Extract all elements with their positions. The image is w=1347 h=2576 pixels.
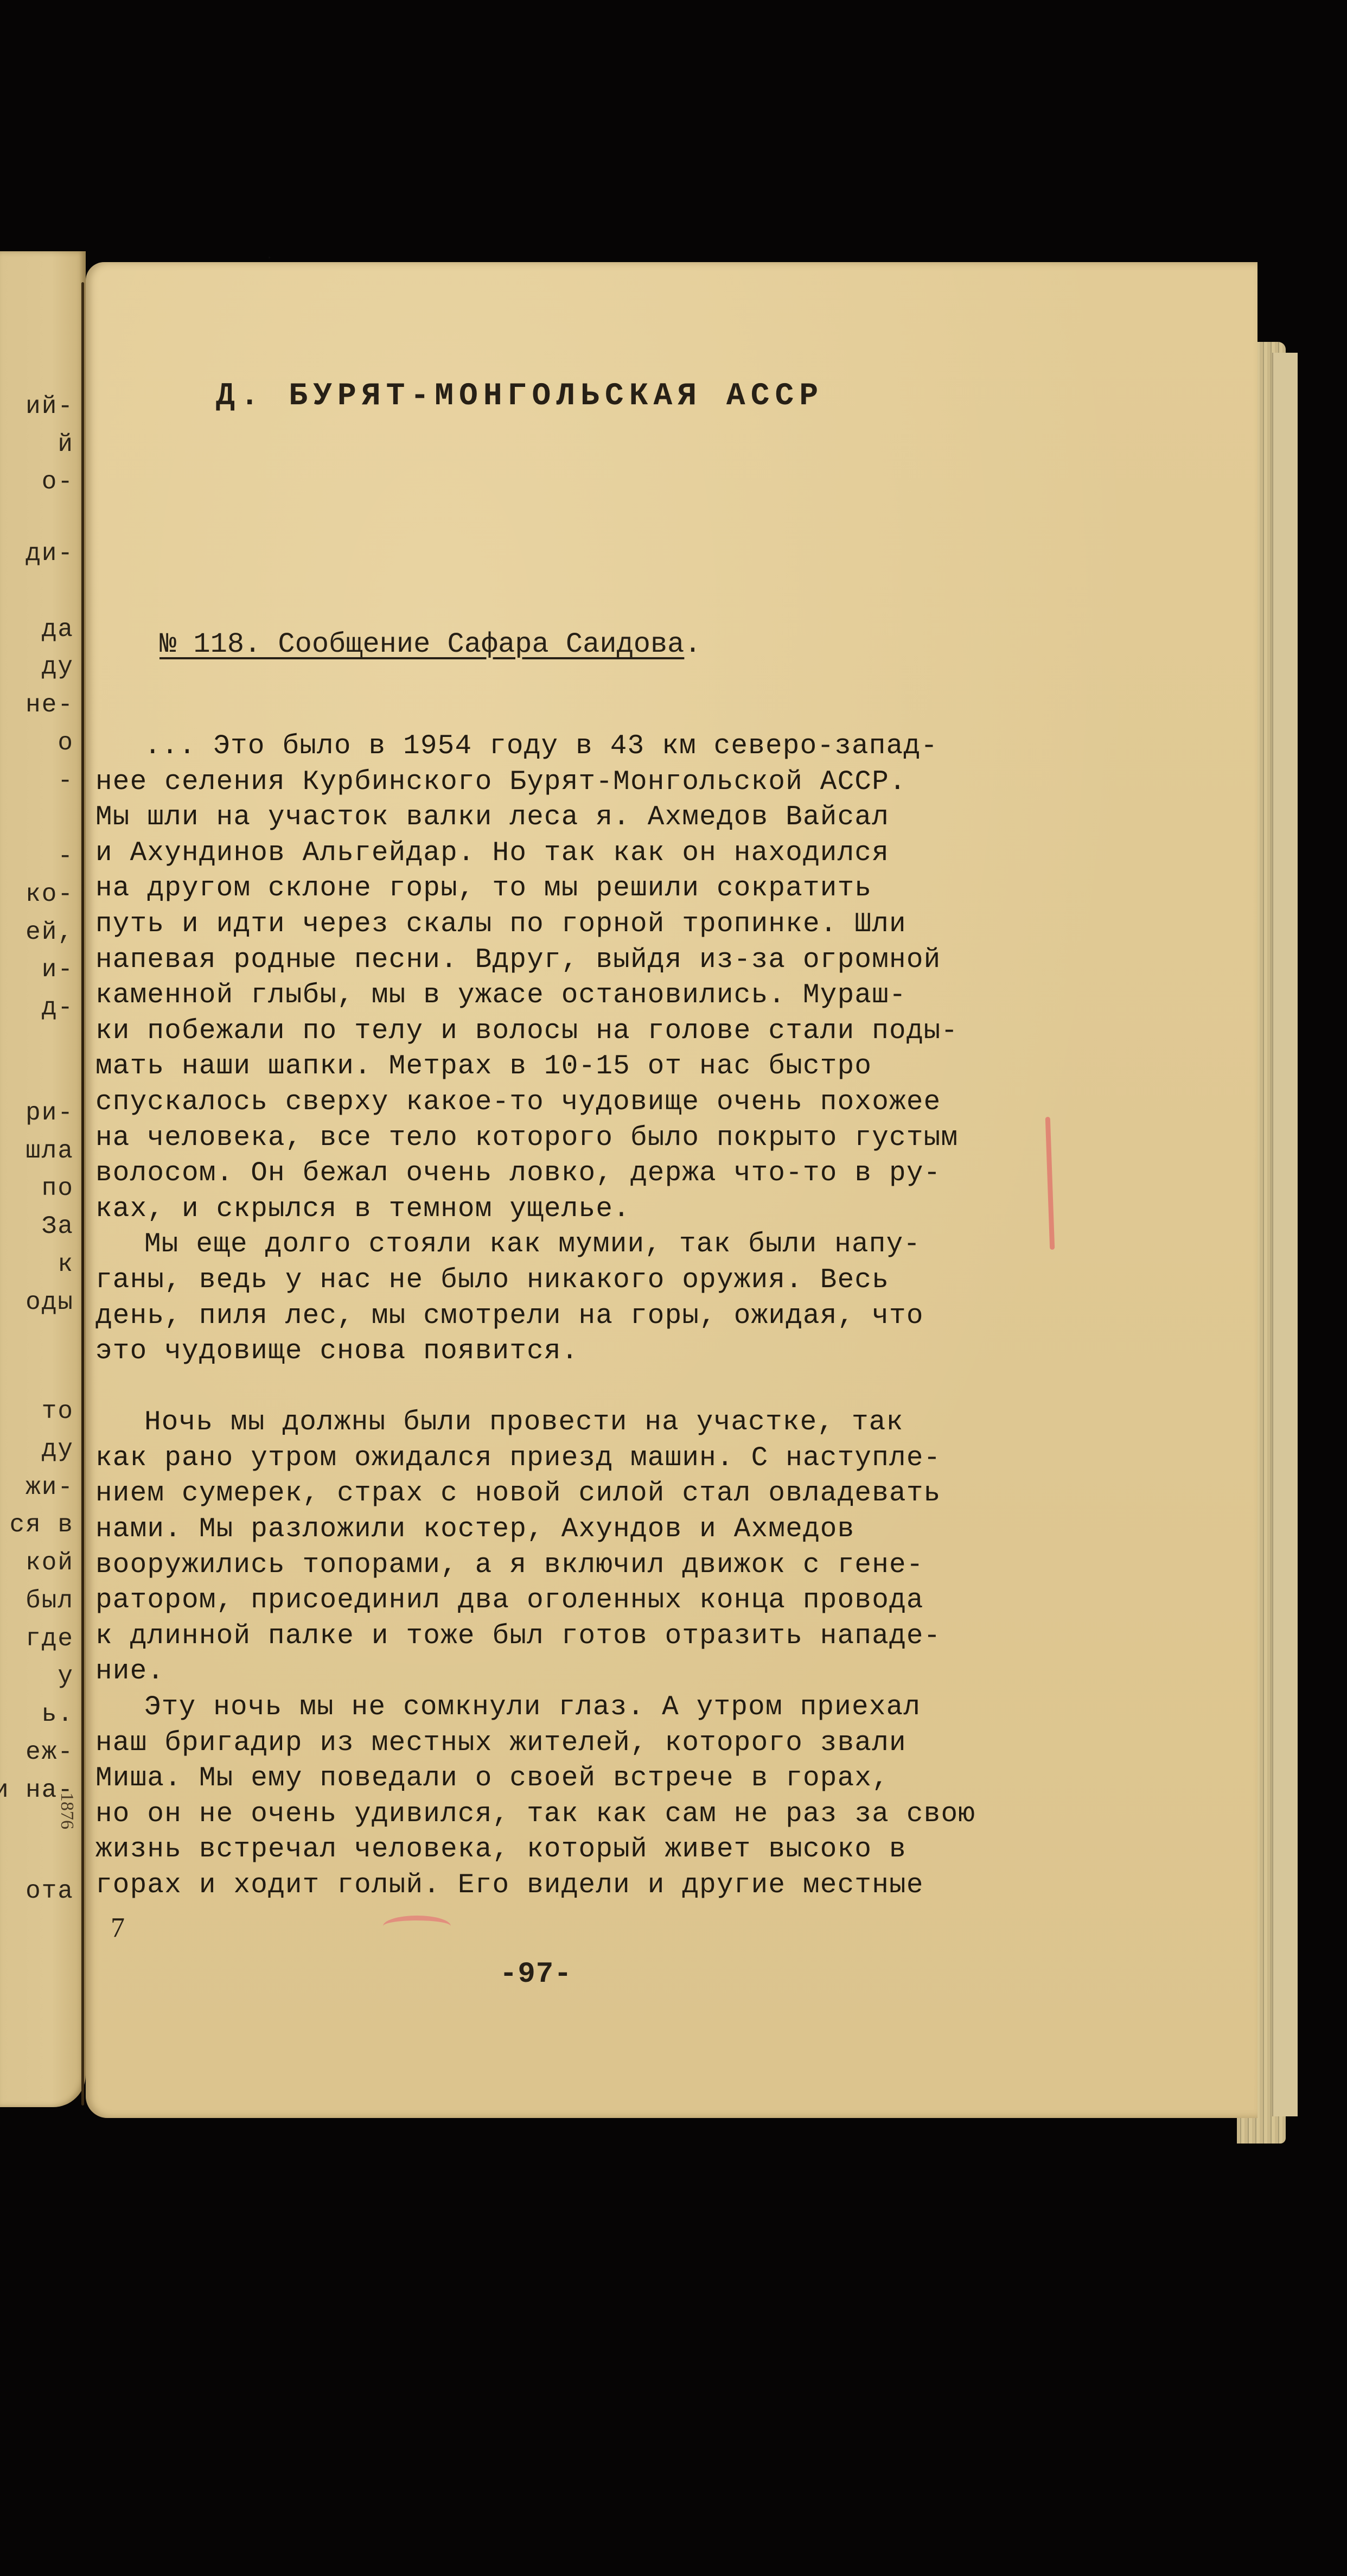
document-body: ... Это было в 1954 году в 43 км северо-… [95,729,1029,1904]
text-line: нее селения Курбинского Бурят-Монгольско… [95,765,1029,800]
left-page-text-fragment: кой [25,1549,74,1577]
left-page-text-fragment: ди- [25,539,74,568]
left-page-text-fragment: ду [42,1435,74,1464]
text-line: Миша. Мы ему поведали о своей встрече в … [95,1761,1029,1797]
paragraph: Ночь мы должны были провести на участке,… [95,1405,1029,1690]
left-page-text-fragment: ду [42,653,74,681]
text-line: путь и идти через скалы по горной тропин… [95,907,1029,943]
text-line: наш бригадир из местных жителей, которог… [95,1726,1029,1761]
right-page: Д. БУРЯТ-МОНГОЛЬСКАЯ АССР № 118. Сообщен… [86,262,1257,2118]
text-line: ратором, присоединил два оголенных конца… [95,1583,1029,1619]
text-line: Мы шли на участок валки леса я. Ахмедов … [95,800,1029,836]
left-page-text-fragment: у [58,1662,74,1690]
text-line: волосом. Он бежал очень ловко, держа что… [95,1156,1029,1192]
left-page-text-fragment: шла [25,1137,74,1165]
left-page-text-fragment: о [58,729,74,757]
document-title-text: № 118. Сообщение Сафара Саидова [159,628,684,660]
left-page-text-fragment: еж- [25,1738,74,1766]
text-line: ганы, ведь у нас не было никакого оружия… [95,1263,1029,1299]
paragraph-spacer [95,1370,1029,1405]
text-line: Эту ночь мы не сомкнули глаз. А утром пр… [95,1690,1029,1726]
text-line: но он не очень удивился, так как сам не … [95,1797,1029,1833]
text-line: каменной глыбы, мы в ужасе остановились.… [95,978,1029,1014]
text-line: мать наши шапки. Метрах в 10-15 от нас б… [95,1049,1029,1085]
left-page-text-fragment: о- [42,468,74,496]
left-page-text-fragment: к [58,1250,74,1279]
text-line: как рано утром ожидался приезд машин. С … [95,1441,1029,1477]
paragraph: ... Это было в 1954 году в 43 км северо-… [95,729,1029,1227]
back-page-edge [1272,353,1298,2116]
text-line: ... Это было в 1954 году в 43 км северо-… [95,729,1029,765]
text-line: напевая родные песни. Вдруг, выйдя из-за… [95,943,1029,978]
text-line: на другом склоне горы, то мы решили сокр… [95,871,1029,907]
signature-mark: 7 [111,1912,125,1944]
left-page-text-fragment: ко- [25,880,74,908]
left-page-text-fragment: где [25,1625,74,1653]
left-page-text-fragment: и- [42,956,74,984]
left-page-text-fragment: по [42,1174,74,1203]
text-line: день, пиля лес, мы смотрели на горы, ожи… [95,1299,1029,1334]
text-line: спускалось сверху какое-то чудовище очен… [95,1085,1029,1121]
text-line: нами. Мы разложили костер, Ахундов и Ахм… [95,1512,1029,1548]
red-pencil-arc-mark [383,1916,451,1937]
left-page-text-fragment: За [42,1212,74,1241]
paragraph: Эту ночь мы не сомкнули глаз. А утром пр… [95,1690,1029,1904]
section-heading: Д. БУРЯТ-МОНГОЛЬСКАЯ АССР [216,379,823,414]
left-page-text-fragment: ь. [42,1700,74,1728]
left-page-text-fragment: ота [25,1877,74,1905]
left-page-text-fragment: ся в [10,1511,74,1539]
text-line: ках, и скрылся в темном ущелье. [95,1192,1029,1227]
text-line: на человека, все тело которого было покр… [95,1121,1029,1156]
paragraph: Мы еще долго стояли как мумии, так были … [95,1227,1029,1369]
text-line: это чудовище снова появится. [95,1334,1029,1370]
left-page-text-fragment: да [42,615,74,644]
left-page-text-fragment: ий- [25,392,74,421]
text-line: Ночь мы должны были провести на участке,… [95,1405,1029,1441]
left-page-text-fragment: оды [25,1288,74,1316]
text-line: ки побежали по телу и волосы на голове с… [95,1014,1029,1050]
red-pencil-margin-mark [1045,1117,1055,1250]
page-number: -97- [500,1958,572,1991]
left-page-text-fragment: то [42,1397,74,1426]
text-line: нием сумерек, страх с новой силой стал о… [95,1476,1029,1512]
left-page-text-fragment: не- [25,691,74,719]
text-line: вооружились топорами, а я включил движок… [95,1548,1029,1583]
document-title-period: . [684,628,701,660]
text-line: Мы еще долго стояли как мумии, так были … [95,1227,1029,1263]
archive-side-number: 1876 [56,1792,77,1829]
left-page-text-fragment: й [58,430,74,459]
left-page-text-fragment: ей, [25,918,74,946]
text-line: жизнь встречал человека, который живет в… [95,1832,1029,1868]
left-page-text-fragment: - [58,842,74,870]
left-page-text-fragment: был [25,1587,74,1615]
book-gutter [81,282,84,2106]
text-line: к длинной палке и тоже был готов отразит… [95,1619,1029,1655]
left-page-text-fragment: жи- [25,1473,74,1502]
text-line: ние. [95,1654,1029,1690]
text-line: и Ахундинов Альгейдар. Но так как он нах… [95,836,1029,872]
left-page-text-fragment: ри- [25,1099,74,1127]
left-page-text-fragment: - [58,767,74,795]
left-page-text-fragment: д- [42,994,74,1022]
text-line: горах и ходит голый. Его видели и другие… [95,1868,1029,1904]
document-title: № 118. Сообщение Сафара Саидова. [159,628,701,660]
